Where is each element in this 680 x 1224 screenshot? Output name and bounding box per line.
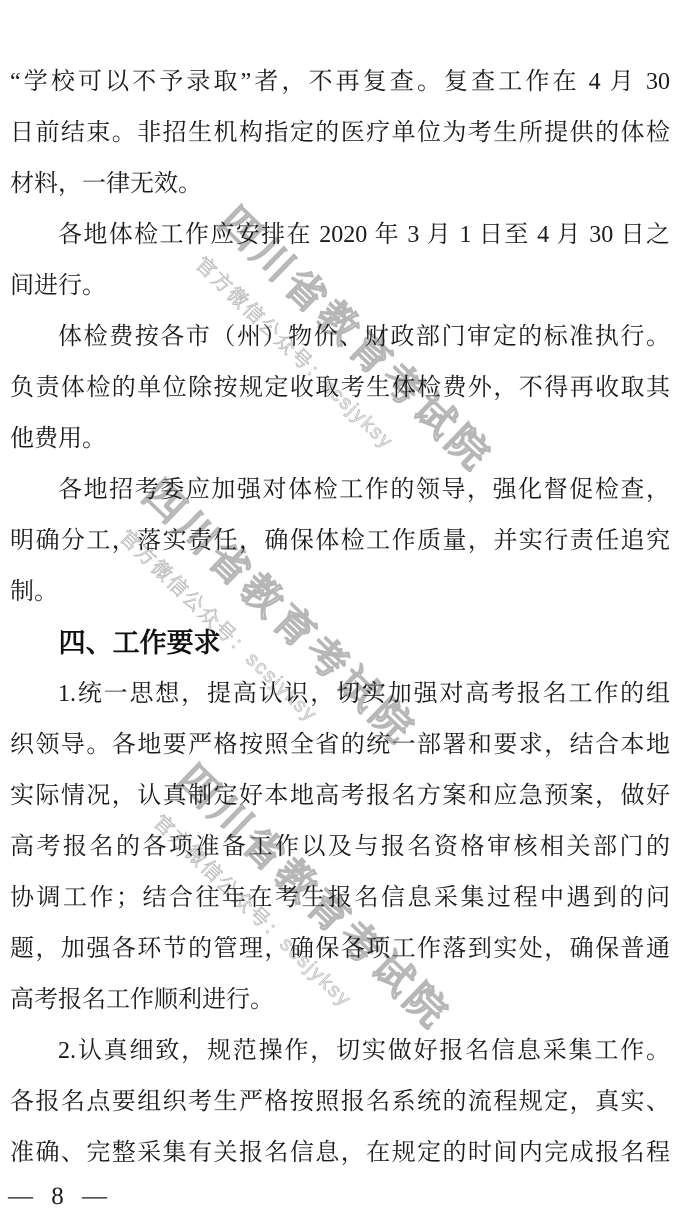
- text-line: 织领导。各地要严格按照全省的统一部署和要求，结合本地: [10, 720, 670, 771]
- text-line: 明确分工，落实责任，确保体检工作质量，并实行责任追究: [10, 516, 670, 567]
- text-line: 各地招考委应加强对体检工作的领导，强化督促检查，: [10, 465, 670, 516]
- text-line: 实际情况，认真制定好本地高考报名方案和应急预案，做好: [10, 771, 670, 822]
- text-line: 2.认真细致，规范操作，切实做好报名信息采集工作。: [10, 1026, 670, 1077]
- text-line: 准确、完整采集有关报名信息，在规定的时间内完成报名程: [10, 1128, 670, 1179]
- text-line: 他费用。: [10, 414, 670, 465]
- text-line: 高考报名工作顺利进行。: [10, 975, 670, 1026]
- section-heading: 四、工作要求: [10, 618, 670, 669]
- text-line: 材料，一律无效。: [10, 159, 670, 210]
- text-line: 各报名点要组织考生严格按照报名系统的流程规定，真实、: [10, 1077, 670, 1128]
- text-line: 制。: [10, 567, 670, 618]
- text-line: 协调工作；结合往年在考生报名信息采集过程中遇到的问: [10, 873, 670, 924]
- document-body: “学校可以不予录取”者，不再复查。复查工作在 4 月 30 日前结束。非招生机构…: [10, 57, 670, 1179]
- text-line: 体检费按各市（州）物价、财政部门审定的标准执行。: [10, 312, 670, 363]
- text-line: 1.统一思想，提高认识，切实加强对高考报名工作的组: [10, 669, 670, 720]
- text-line: “学校可以不予录取”者，不再复查。复查工作在 4 月 30: [10, 57, 670, 108]
- text-line: 各地体检工作应安排在 2020 年 3 月 1 日至 4 月 30 日之: [10, 210, 670, 261]
- page-number: — 8 —: [8, 1183, 110, 1211]
- text-line: 间进行。: [10, 261, 670, 312]
- text-line: 题，加强各环节的管理，确保各项工作落到实处，确保普通: [10, 924, 670, 975]
- document-page: 四川省教育考试院 官方微信公众号：scsjyksy 四川省教育考试院 官方微信公…: [0, 0, 680, 1224]
- text-line: 日前结束。非招生机构指定的医疗单位为考生所提供的体检: [10, 108, 670, 159]
- text-line: 负责体检的单位除按规定收取考生体检费外，不得再收取其: [10, 363, 670, 414]
- text-line: 高考报名的各项准备工作以及与报名资格审核相关部门的: [10, 822, 670, 873]
